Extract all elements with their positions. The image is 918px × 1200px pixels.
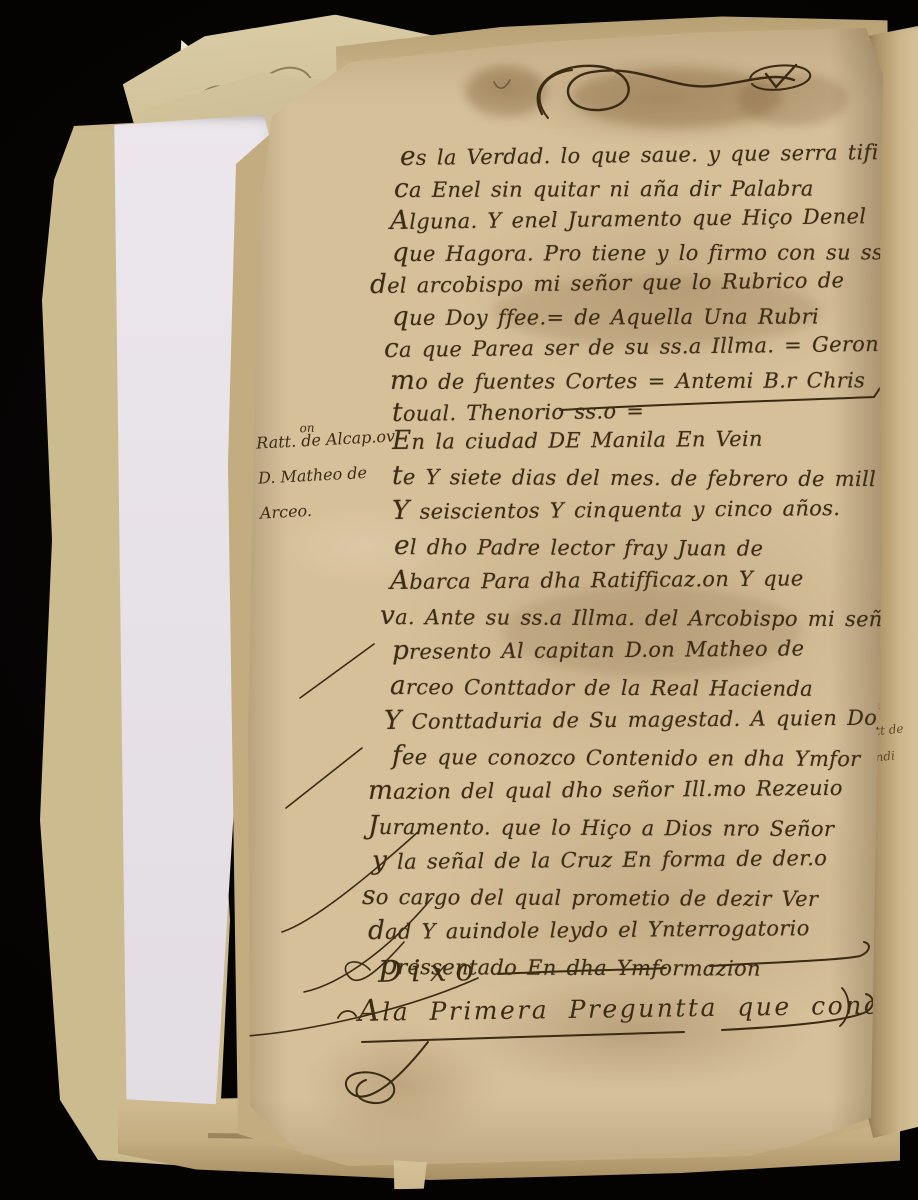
photo-backdrop: on att de Indi [0,0,918,1200]
margin-note-superscript: on [299,411,316,447]
testimony-paragraph: es la Verdad. lo que saue. y que serra t… [392,142,918,430]
bottom-curl-flourish [346,1042,428,1103]
manuscript-page: on Ratt. de Alcap.ov D. Matheo de Arceo.… [242,26,888,1168]
closing-underline [362,1032,684,1042]
margin-note: on Ratt. de Alcap.ov D. Matheo de Arceo. [255,418,399,530]
manuscript-line: y la señal de la Cruz En forma de der.o [372,839,906,879]
closing-tilde [338,1011,356,1018]
manuscript-line: Y seiscientos Y cinquenta y cinco años. [392,490,906,529]
manuscript-line: En la ciudad DE Manila En Vein [392,420,906,459]
manuscript-line: Y Conttaduria de Su magestad. A quien Do… [384,699,906,739]
ratification-paragraph: En la ciudad DE Manila En Vein te Y siet… [392,424,906,984]
manuscript-line: ca que Parea ser de su ss.a Illma. = Ger… [384,327,918,366]
margin-note-line: Ratt. de Alcap.ov [255,418,396,460]
manuscript-line: presento Al capitan D.on Matheo de [392,630,906,669]
manuscript-line: dad Y auindole leydo el Ynterrogatorio [368,909,906,949]
ghost-check [494,80,510,88]
margin-flourish [300,644,374,698]
manuscript-line: del arcobispo mi señor que lo Rubrico de [370,263,918,302]
manuscript-line: Abarca Para dha Ratifficaz.on Y que [390,559,906,599]
margin-note-line: Arceo. [259,488,400,530]
manuscript-line: es la Verdad. lo que saue. y que serra t… [400,135,918,174]
margin-flourish [286,748,362,808]
manuscript-line: mazion del qual dho señor Ill.mo Rezeuio [368,769,906,809]
dixo-word: Dixo [378,953,483,990]
manuscript-line: Alguna. Y enel Juramento que Hiço Denel [390,199,918,238]
